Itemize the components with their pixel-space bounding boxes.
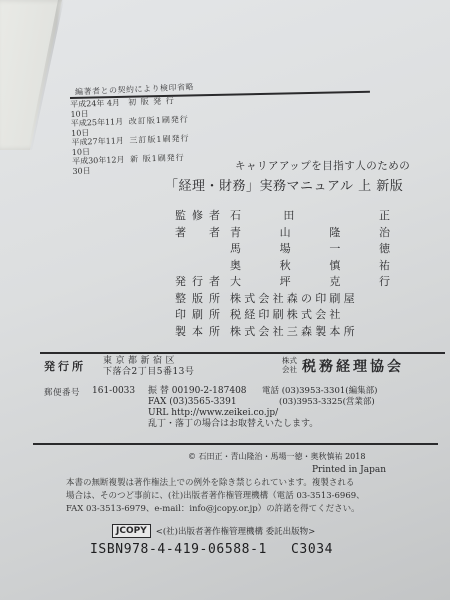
credit-row: 著者青山隆治 [175, 225, 390, 242]
credit-name-part: 慎 [329, 258, 340, 275]
credit-name: 馬場一徳 [230, 241, 390, 258]
credit-name-part: 馬 [230, 241, 241, 258]
edition-row: 平成30年12月30日新 版1刷発行 [72, 152, 201, 175]
credit-name-part: 秋 [280, 258, 291, 275]
credit-name-part: 田 [283, 208, 294, 225]
credit-name: 青山隆治 [230, 225, 390, 242]
credit-role: 著者 [175, 225, 230, 242]
credit-name: 奥秋慎祐 [230, 258, 390, 275]
credit-name-part: 株式会社森の印刷屋 [230, 291, 358, 308]
jcopy-row: JCOPY <(社)出版者著作権管理機構 委託出版物> [112, 524, 315, 538]
edition-date: 平成25年11月10日 [71, 117, 130, 138]
credit-name-part: 株式会社三森製本所 [230, 324, 358, 341]
credit-role-char: 修 [192, 208, 203, 225]
notice-line: 場合は、そのつど事前に、(社)出版者著作権管理機構（電話 03-3513-696… [66, 490, 365, 503]
credit-name-part: 行 [379, 274, 390, 291]
address-line-2: 下落合2丁目5番13号 [103, 367, 194, 378]
classification-code: C3034 [291, 542, 333, 557]
publisher-label: 発行所 [44, 358, 86, 374]
credit-name: 石田正 [230, 208, 390, 225]
credit-name-part: 大 [230, 274, 241, 291]
credit-name-part: 坪 [280, 274, 291, 291]
jcopy-badge: JCOPY [112, 524, 151, 538]
credit-name: 株式会社三森製本所 [230, 324, 390, 341]
credit-role-char: 所 [209, 324, 220, 341]
notice-line: FAX 03-3513-6979、e-mail：info@jcopy.or.jp… [66, 503, 365, 516]
credit-name-part: 場 [280, 241, 291, 258]
credit-name-part: 克 [329, 274, 340, 291]
publisher-name: 税務経理協会 [302, 356, 404, 376]
credit-name-part: 一 [329, 241, 340, 258]
credit-role-char: 本 [192, 324, 203, 341]
address-line-1: 東京都新宿区 [103, 356, 194, 367]
credit-row: 発行者大坪克行 [175, 274, 390, 291]
credit-role-char: 者 [209, 208, 220, 225]
credit-row: 馬場一徳 [175, 241, 390, 258]
credit-name-part: 隆 [329, 225, 340, 242]
credit-role-char: 所 [209, 291, 220, 308]
credit-row: 奥秋慎祐 [175, 258, 390, 275]
credit-role-char: 発 [175, 274, 186, 291]
edition-date: 平成27年11月10日 [71, 136, 130, 157]
credit-role-char: 印 [175, 307, 186, 324]
credit-role [175, 241, 230, 258]
phone-sales: (03)3953-3325(営業部) [262, 397, 377, 408]
credit-role: 整版所 [175, 291, 230, 308]
publisher-top-rule [40, 352, 445, 354]
credit-role-char: 整 [175, 291, 186, 308]
credit-role-char: 刷 [192, 307, 203, 324]
credits-list: 監修者石田正著者青山隆治馬場一徳奥秋慎祐発行者大坪克行整版所株式会社森の印刷屋印… [175, 208, 390, 340]
credit-role-char: 者 [209, 225, 220, 242]
corp-prefix-2: 会社 [282, 365, 297, 374]
credit-role: 監修者 [175, 208, 230, 225]
edition-label: 初 版 発 行 [128, 96, 199, 117]
credit-name: 大坪克行 [230, 274, 390, 291]
isbn-line: ISBN978-4-419-06588-1C3034 [90, 542, 333, 557]
postal-label: 郵便番号 [44, 386, 80, 398]
credit-name-part: 徳 [379, 241, 390, 258]
replacement-note: 乱丁・落丁の場合はお取替えいたします。 [148, 419, 318, 430]
edition-label: 新 版1刷発行 [130, 152, 201, 173]
copyright-notice: 本書の無断複製は著作権法上での例外を除き禁じられています。複製される 場合は、そ… [66, 477, 365, 516]
credit-role-char: 版 [192, 291, 203, 308]
credit-row: 製本所株式会社三森製本所 [175, 324, 390, 341]
credit-name-part: 正 [379, 208, 390, 225]
jcopy-text: <(社)出版者著作権管理機構 委託出版物> [156, 525, 316, 537]
copyright: © 石田正・青山隆治・馬場一徳・奥秋慎祐 2018 [188, 451, 365, 462]
isbn: ISBN978-4-419-06588-1 [90, 542, 267, 557]
credit-role-char: 著 [175, 225, 186, 242]
book-title: 「経理・財務」実務マニュアル 上 新版 [165, 175, 403, 194]
credit-role-char: 監 [175, 208, 186, 225]
credit-role: 印刷所 [175, 307, 230, 324]
credit-row: 監修者石田正 [175, 208, 390, 225]
book-subtitle: キャリアアップを目指す人のための [235, 158, 410, 173]
credit-name-part: 奥 [230, 258, 241, 275]
publisher-bottom-rule [33, 443, 438, 445]
publisher-url: URL http://www.zeikei.co.jp/ [148, 408, 318, 419]
publisher-address: 東京都新宿区 下落合2丁目5番13号 [103, 356, 194, 378]
credit-name-part: 治 [379, 225, 390, 242]
credit-role-char: 所 [209, 307, 220, 324]
credit-row: 印刷所税経印刷株式会社 [175, 307, 390, 324]
credit-name-part: 青 [230, 225, 241, 242]
credit-role: 発行者 [175, 274, 230, 291]
credit-name-part: 祐 [379, 258, 390, 275]
printed-in: Printed in Japan [312, 465, 386, 475]
phone-editorial: 電話 (03)3953-3301(編集部) [262, 386, 377, 397]
credit-role-char: 行 [192, 274, 203, 291]
credit-role-char: 者 [209, 274, 220, 291]
edition-label: 三訂版1刷発行 [129, 134, 200, 155]
credit-name-part: 石 [230, 208, 241, 225]
credit-name-part: 山 [280, 225, 291, 242]
credit-row: 整版所株式会社森の印刷屋 [175, 291, 390, 308]
edition-label: 改訂版1刷発行 [129, 115, 200, 136]
credit-role-char: 製 [175, 324, 186, 341]
corp-prefix-1: 株式 [282, 356, 297, 365]
notice-line: 本書の無断複製は著作権法上での例外を除き禁じられています。複製される [66, 477, 365, 490]
publisher-phones: 電話 (03)3953-3301(編集部) (03)3953-3325(営業部) [262, 386, 377, 408]
edition-date: 平成30年12月30日 [72, 155, 131, 176]
credit-name: 税経印刷株式会社 [230, 307, 390, 324]
edition-history: 平成24年 4月10日初 版 発 行平成25年11月10日改訂版1刷発行平成27… [70, 96, 201, 176]
credit-name-part: 税経印刷株式会社 [230, 307, 344, 324]
credit-role: 製本所 [175, 324, 230, 341]
edition-date: 平成24年 4月10日 [70, 98, 129, 119]
credit-role [175, 258, 230, 275]
postal-code: 161-0033 [92, 386, 135, 396]
corp-prefix: 株式 会社 [282, 356, 297, 374]
credit-name: 株式会社森の印刷屋 [230, 291, 390, 308]
